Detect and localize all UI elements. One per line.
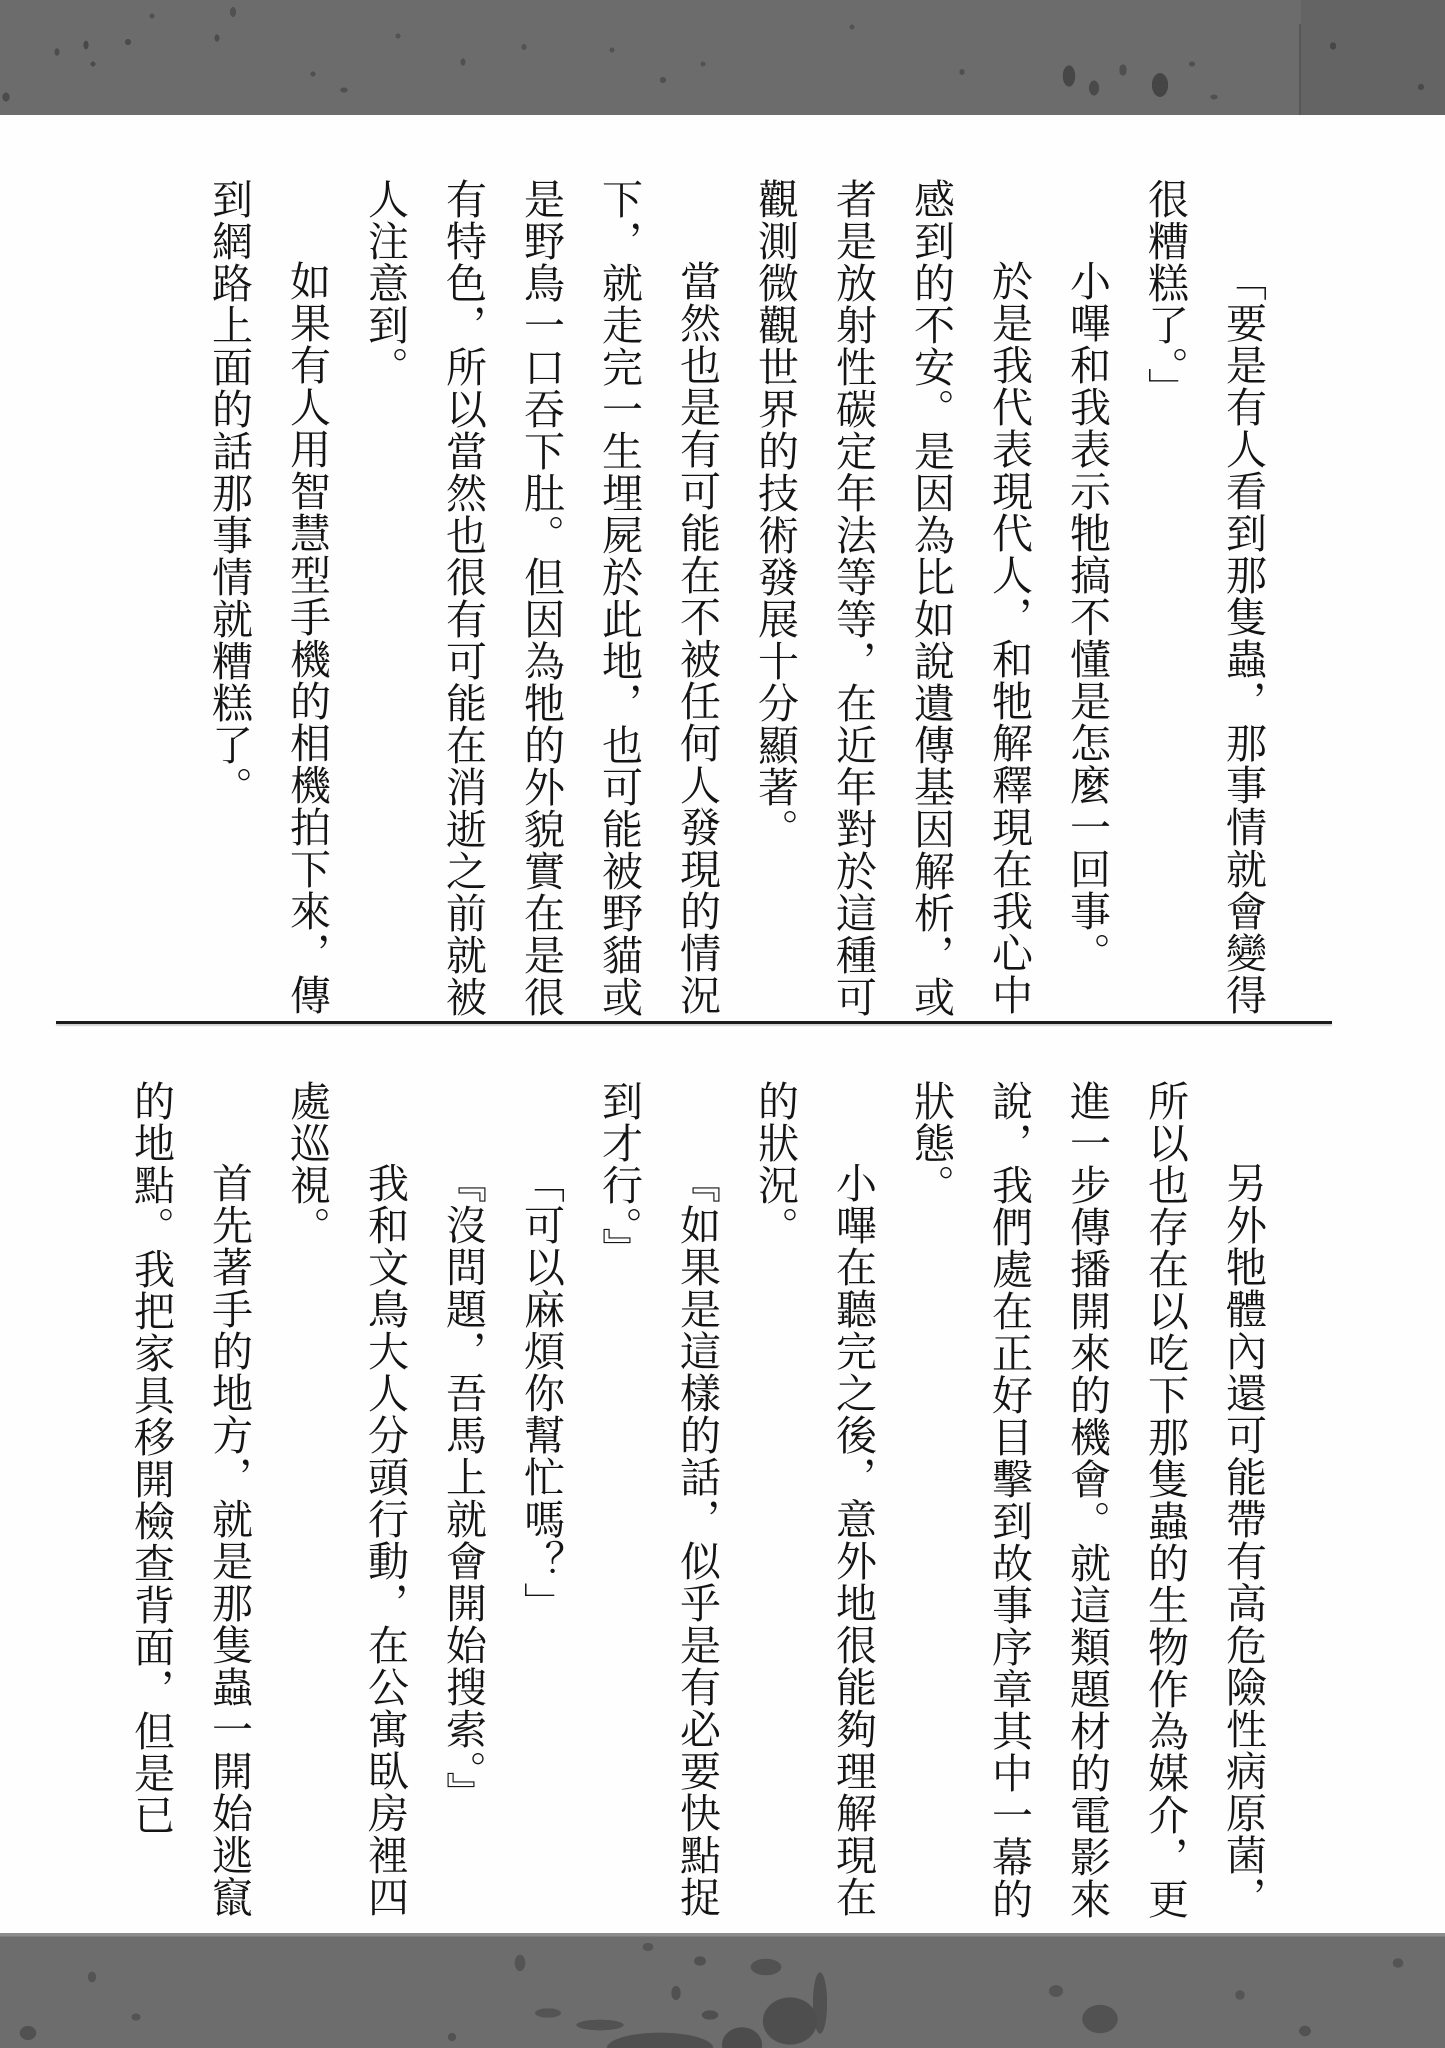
paragraph: 於是我代表現代人，和牠解釋現在我心中感到的不安。是因為比如說遺傳基因解析，或者是…	[736, 178, 1048, 1023]
scan-edge-bottom-band	[0, 1933, 1445, 2048]
paragraph: 另外牠體內還可能帶有高危險性病原菌，所以也存在以吃下那隻蟲的生物作為媒介，更進一…	[892, 1080, 1282, 1928]
page-background: 「要是有人看到那隻蟲，那事情就會變得很糟糕了。」 小嗶和我表示牠搞不懂是怎麼一回…	[0, 0, 1445, 2048]
text-block-bottom: 另外牠體內還可能帶有高危險性病原菌，所以也存在以吃下那隻蟲的生物作為媒介，更進一…	[106, 1080, 1282, 1928]
paragraph: 『如果是這樣的話，似乎是有必要快點捉到才行。』	[580, 1080, 736, 1928]
paragraph: 首先著手的地方，就是那隻蟲一開始逃竄的地點。我把家具移開檢查背面，但是已	[112, 1080, 268, 1928]
paragraph: 小嗶在聽完之後，意外地很能夠理解現在的狀況。	[736, 1080, 892, 1928]
paragraph: 當然也是有可能在不被任何人發現的情況下，就走完一生埋屍於此地，也可能被野貓或是野…	[346, 178, 736, 1023]
section-divider-line	[56, 1021, 1332, 1024]
paragraph: 如果有人用智慧型手機的相機拍下來，傳到網路上面的話那事情就糟糕了。	[190, 178, 346, 1023]
paragraph: 小嗶和我表示牠搞不懂是怎麼一回事。	[1048, 178, 1126, 1023]
scratch-mark	[1299, 24, 1301, 115]
paragraph: 「要是有人看到那隻蟲，那事情就會變得很糟糕了。」	[1126, 178, 1282, 1023]
paragraph: 我和文鳥大人分頭行動，在公寓臥房裡四處巡視。	[268, 1080, 424, 1928]
paragraph: 「可以麻煩你幫忙嗎？」	[502, 1080, 580, 1928]
paragraph: 『沒問題，吾馬上就會開始搜索。』	[424, 1080, 502, 1928]
scanned-book-page: { "page": { "kind": "scanned novel page"…	[0, 0, 1445, 2048]
scan-edge-top-band	[0, 0, 1445, 115]
text-block-top: 「要是有人看到那隻蟲，那事情就會變得很糟糕了。」 小嗶和我表示牠搞不懂是怎麼一回…	[106, 178, 1282, 1023]
